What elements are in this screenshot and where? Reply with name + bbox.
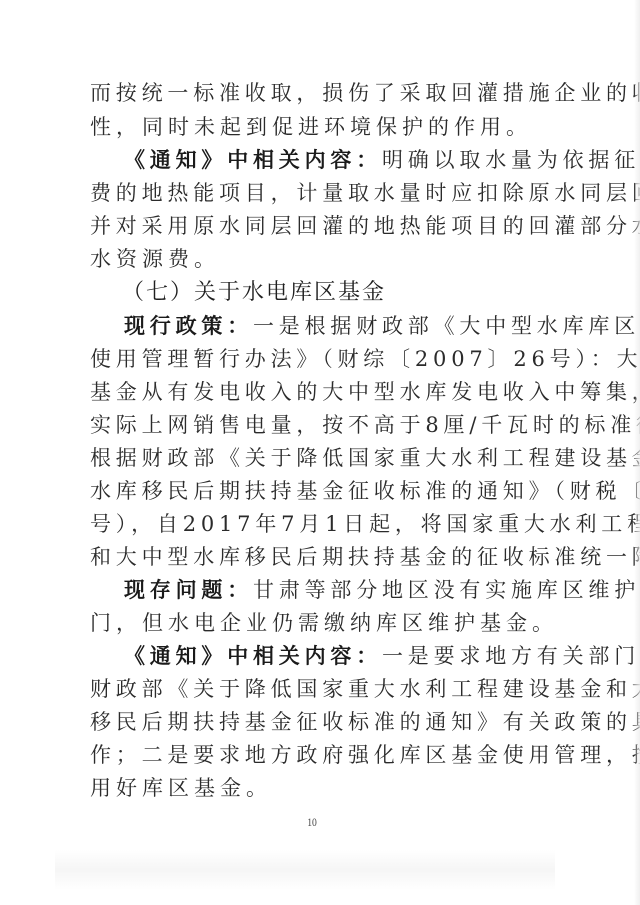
text-span: 一是根据财政部《大中型水库库区基金征收 [253, 314, 640, 338]
paragraph-notice-content-2: 《通知》中相关内容：一是要求地方有关部门配合做好 [124, 641, 522, 671]
text-line: 费的地热能项目，计量取水量时应扣除原水同层回灌的部分， [90, 178, 522, 208]
text-line: 水库移民后期扶持基金征收标准的通知》（财税〔2017〕51 [90, 476, 522, 506]
text-line: 和大中型水库移民后期扶持基金的征收标准统一降低25%。 [90, 542, 522, 572]
notice-content-label: 《通知》中相关内容： [124, 147, 382, 172]
paragraph-existing-problem: 现存问题：甘肃等部分地区没有实施库区维护工作的部 [124, 575, 522, 605]
existing-problem-label: 现存问题： [124, 577, 253, 602]
text-span: 一是要求地方有关部门配合做好 [382, 644, 640, 668]
text-line: 而按统一标准收取，损伤了采取回灌措施企业的收益和积极 [90, 78, 522, 108]
paragraph-current-policy: 现行政策：一是根据财政部《大中型水库库区基金征收 [124, 311, 522, 341]
text-span: 甘肃等部分地区没有实施库区维护工作的部 [253, 578, 640, 602]
text-line: 并对采用原水同层回灌的地热能项目的回灌部分水量免收 [90, 211, 522, 241]
text-line: 实际上网销售电量，按不高于8厘/千瓦时的标准征收。二是 [90, 410, 522, 440]
section-heading: （七）关于水电库区基金 [122, 278, 386, 308]
current-policy-label: 现行政策： [124, 313, 253, 338]
text-line: 作；二是要求地方政府强化库区基金使用管理，按规定用途 [90, 740, 522, 770]
text-line: 号），自2017年7月1日起，将国家重大水利工程建设基金 [90, 509, 522, 539]
text-line: 移民后期扶持基金征收标准的通知》有关政策的具体落实工 [90, 707, 522, 737]
notice-content-label: 《通知》中相关内容： [124, 643, 382, 668]
text-line: 用好库区基金。 [90, 773, 522, 803]
scan-shadow [55, 850, 555, 890]
text-line: 根据财政部《关于降低国家重大水利工程建设基金和大中型 [90, 443, 522, 473]
text-line: 基金从有发电收入的大中型水库发电收入中筹集，根据水库 [90, 377, 522, 407]
paragraph-notice-content-1: 《通知》中相关内容：明确以取水量为依据征收水资源 [124, 145, 522, 175]
page-number: 10 [304, 815, 320, 830]
text-line: 财政部《关于降低国家重大水利工程建设基金和大中型水库 [90, 674, 522, 704]
document-page: 而按统一标准收取，损伤了采取回灌措施企业的收益和积极 性，同时未起到促进环境保护… [0, 0, 640, 905]
text-line: 水资源费。 [90, 244, 522, 274]
text-line: 门，但水电企业仍需缴纳库区维护基金。 [90, 608, 522, 638]
text-span: 明确以取水量为依据征收水资源 [382, 148, 640, 172]
text-line: 使用管理暂行办法》（财综〔2007〕26号）：大中型水库库区 [90, 344, 522, 374]
page-edge [634, 0, 640, 905]
text-line: 性，同时未起到促进环境保护的作用。 [90, 112, 522, 142]
